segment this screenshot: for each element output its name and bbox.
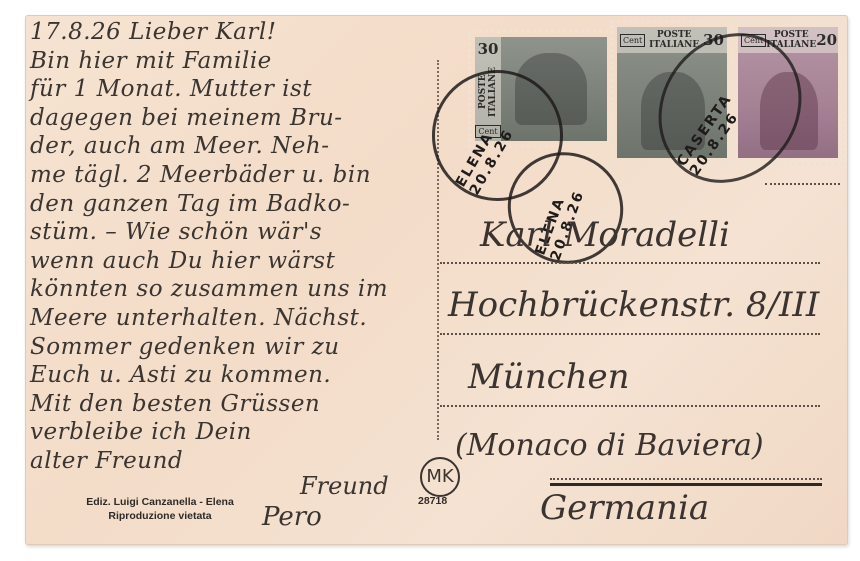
handwritten-message: 17.8.26 Lieber Karl! Bin hier mit Famili… bbox=[30, 18, 388, 476]
postmark-text: CASERTA 20.8.26 bbox=[674, 37, 786, 178]
message-line: verbleibe ich Dein bbox=[30, 418, 388, 447]
message-line: Bin hier mit Familie bbox=[30, 47, 388, 76]
signature-friend: Freund bbox=[300, 472, 389, 500]
publisher-name: Ediz. Luigi Canzanella - Elena bbox=[50, 495, 270, 509]
message-line: stüm. – Wie schön wär's bbox=[30, 218, 388, 247]
recipient-name: Karl Moradelli bbox=[480, 215, 730, 255]
message-line: der, auch am Meer. Neh- bbox=[30, 132, 388, 161]
country-rule bbox=[550, 483, 822, 486]
address-rule-1 bbox=[440, 262, 820, 264]
serial-number: 28718 bbox=[418, 495, 447, 507]
address-rule-3 bbox=[440, 405, 820, 407]
stamp-value: 30 bbox=[478, 40, 499, 58]
recipient-city: München bbox=[468, 357, 630, 397]
publisher-imprint: Ediz. Luigi Canzanella - Elena Riproduzi… bbox=[50, 495, 270, 523]
message-line: Euch u. Asti zu kommen. bbox=[30, 361, 388, 390]
message-line: Meere unterhalten. Nächst. bbox=[30, 304, 388, 333]
message-line: dagegen bei meinem Bru- bbox=[30, 104, 388, 133]
signature-name: Pero bbox=[262, 502, 322, 532]
stamp-value: 20 bbox=[816, 31, 837, 49]
stamp-cent: Cent bbox=[620, 34, 645, 47]
reproduction-notice: Riproduzione vietata bbox=[50, 509, 270, 523]
message-line: Sommer gedenken wir zu bbox=[30, 333, 388, 362]
recipient-street: Hochbrückenstr. 8/III bbox=[448, 285, 819, 325]
stamp-area-rule bbox=[765, 183, 840, 185]
message-line: Mit den besten Grüssen bbox=[30, 390, 388, 419]
recipient-city-italian: (Monaco di Baviera) bbox=[455, 428, 764, 463]
message-line: wenn auch Du hier wärst bbox=[30, 247, 388, 276]
message-line: könnten so zusammen uns im bbox=[30, 275, 388, 304]
message-line: 17.8.26 Lieber Karl! bbox=[30, 18, 388, 47]
message-line: me tägl. 2 Meerbäder u. bin bbox=[30, 161, 388, 190]
address-rule-2 bbox=[440, 333, 820, 335]
publisher-logo-icon: MK bbox=[420, 457, 460, 497]
message-line: den ganzen Tag im Badko- bbox=[30, 190, 388, 219]
address-rule-4 bbox=[550, 478, 822, 480]
recipient-country: Germania bbox=[540, 488, 709, 528]
message-line: für 1 Monat. Mutter ist bbox=[30, 75, 388, 104]
